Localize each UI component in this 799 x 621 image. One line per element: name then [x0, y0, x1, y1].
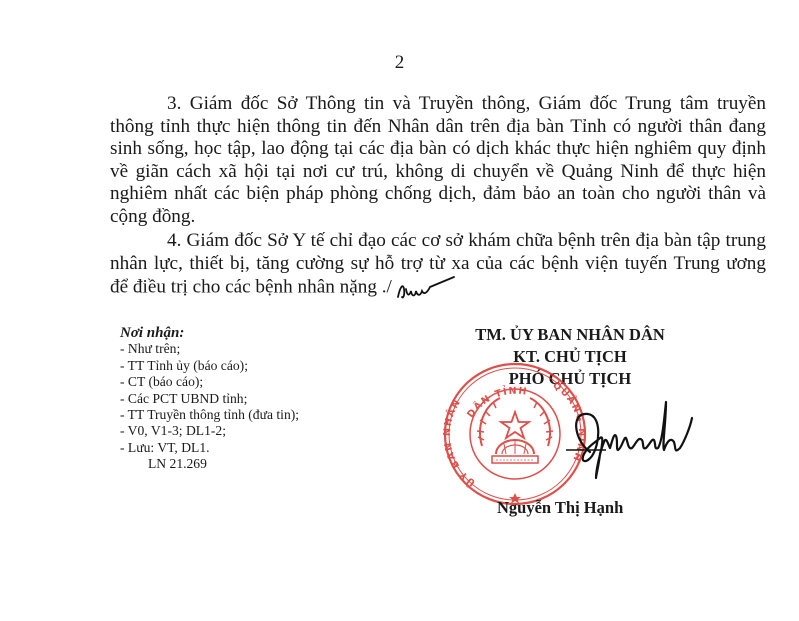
paragraph-line: thông tỉnh thực hiện thông tin đến Nhân …	[110, 116, 766, 139]
signer-name: Nguyễn Thị Hạnh	[497, 498, 623, 518]
paragraph-line: 3. Giám đốc Sở Thông tin và Truyền thông…	[110, 93, 766, 116]
document-reference: LN 21.269	[120, 456, 299, 472]
recipient-item: - Lưu: VT, DL1.	[120, 440, 299, 456]
recipient-item: - TT Truyền thông tỉnh (đưa tin);	[120, 407, 299, 423]
recipient-item: - TT Tỉnh ủy (báo cáo);	[120, 358, 299, 374]
recipients-title: Nơi nhận:	[120, 325, 299, 341]
recipient-item: - V0, V1-3; DL1-2;	[120, 423, 299, 439]
paragraph-4: 4. Giám đốc Sở Y tế chỉ đạo các cơ sở kh…	[110, 230, 766, 301]
recipients-list: Nơi nhận: - Như trên; - TT Tỉnh ủy (báo …	[120, 325, 299, 473]
paragraph-line: nhân lực, thiết bị, tăng cường sự hỗ trợ…	[110, 253, 766, 276]
paragraph-line: nghiêm nhất các biện pháp phòng chống dị…	[110, 183, 766, 206]
svg-text:DÂN TỈNH: DÂN TỈNH	[465, 385, 528, 420]
paragraph-line: 4. Giám đốc Sở Y tế chỉ đạo các cơ sở kh…	[110, 230, 766, 253]
recipient-item: - Các PCT UBND tỉnh;	[120, 391, 299, 407]
paragraph-line-final: để điều trị cho các bệnh nhân nặng ./	[110, 275, 766, 301]
paragraph-3: 3. Giám đốc Sở Thông tin và Truyền thông…	[110, 93, 766, 229]
paragraph-line-text: để điều trị cho các bệnh nhân nặng ./	[110, 277, 392, 298]
page-number: 2	[0, 52, 799, 74]
recipient-item: - Như trên;	[120, 341, 299, 357]
handwritten-signature-icon	[566, 392, 696, 482]
recipient-item: - CT (báo cáo);	[120, 374, 299, 390]
paragraph-line: cộng đồng.	[110, 206, 766, 229]
signature-title-line: TM. ỦY BAN NHÂN DÂN	[440, 324, 700, 346]
stamp-text-top: DÂN TỈNH	[465, 385, 528, 420]
paragraph-line: sinh sống, học tập, lao động tại các địa…	[110, 138, 766, 161]
paragraph-line: về giãn cách xã hội tại nơi cư trú, khôn…	[110, 161, 766, 184]
initials-mark-icon	[394, 275, 464, 301]
